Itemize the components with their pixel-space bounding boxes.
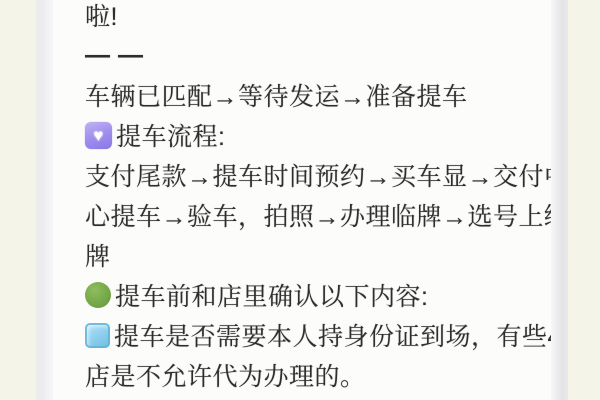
line-text: 啦! — [85, 0, 118, 33]
divider-line: —— — [85, 35, 551, 75]
text-line: 啦! — [85, 0, 551, 35]
card-right-edge — [551, 0, 568, 400]
text-line: 提车是否需要本人持身份证到场，有些4s — [85, 315, 551, 355]
line-text: 牌 — [85, 237, 111, 273]
text-line: 提车前和店里确认以下内容: — [85, 275, 551, 315]
card-left-edge — [36, 0, 53, 400]
line-text: 提车前和店里确认以下内容: — [115, 277, 428, 313]
left-margin-band — [0, 0, 36, 400]
text-line: ♥ 提车流程: — [85, 115, 551, 155]
text-line: 店是不允许代为办理的。 — [85, 355, 551, 395]
line-text: —— — [85, 41, 151, 70]
text-line: 车辆已匹配→等待发运→准备提车 — [85, 75, 551, 115]
text-line: 心提车→验车，拍照→办理临牌→选号上绿 — [85, 195, 551, 235]
note-card: 啦! —— 车辆已匹配→等待发运→准备提车 ♥ 提车流程: 支付尾款→提车时间预… — [53, 0, 551, 400]
line-text: 提车流程: — [116, 117, 225, 153]
line-text: 支付尾款→提车时间预约→买车显→交付中 — [85, 157, 551, 193]
text-line: 支付尾款→提车时间预约→买车显→交付中 — [85, 155, 551, 195]
text-line: 牌 — [85, 235, 551, 275]
line-text: 车辆已匹配→等待发运→准备提车 — [85, 77, 468, 113]
note-screenshot: 啦! —— 车辆已匹配→等待发运→准备提车 ♥ 提车流程: 支付尾款→提车时间预… — [0, 0, 600, 400]
heart-glyph: ♥ — [93, 127, 104, 144]
right-margin-band — [568, 0, 600, 400]
line-text: 店是不允许代为办理的。 — [85, 357, 366, 393]
green-circle-icon — [85, 282, 111, 308]
line-text: 提车是否需要本人持身份证到场，有些4s — [114, 317, 551, 353]
note-text-block: 啦! —— 车辆已匹配→等待发运→准备提车 ♥ 提车流程: 支付尾款→提车时间预… — [85, 0, 551, 395]
ice-cube-icon — [85, 323, 110, 348]
purple-heart-icon: ♥ — [85, 122, 112, 149]
line-text: 心提车→验车，拍照→办理临牌→选号上绿 — [85, 197, 551, 233]
